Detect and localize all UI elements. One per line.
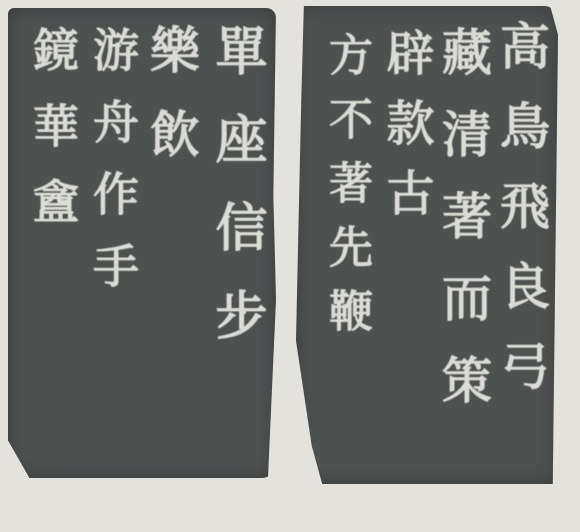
inscription-column: 辟款古 bbox=[382, 28, 430, 238]
inscription-column: 游舟作手 bbox=[90, 26, 136, 314]
inscription-column: 樂飲 bbox=[146, 24, 196, 192]
inscription-column: 高鳥飛良弓 bbox=[496, 20, 546, 420]
inscription-column: 單座信步 bbox=[210, 24, 262, 376]
inscription-column: 鏡華盦 bbox=[30, 26, 76, 254]
rubbing-panel-left: 單座信步 樂飲 游舟作手 鏡華盦 bbox=[8, 8, 276, 478]
inscription-column: 方不著先鞭 bbox=[324, 32, 368, 352]
inscription-column: 藏清著而策 bbox=[438, 26, 488, 436]
rubbing-panel-right: 高鳥飛良弓 藏清著而策 辟款古 方不著先鞭 bbox=[296, 6, 558, 484]
